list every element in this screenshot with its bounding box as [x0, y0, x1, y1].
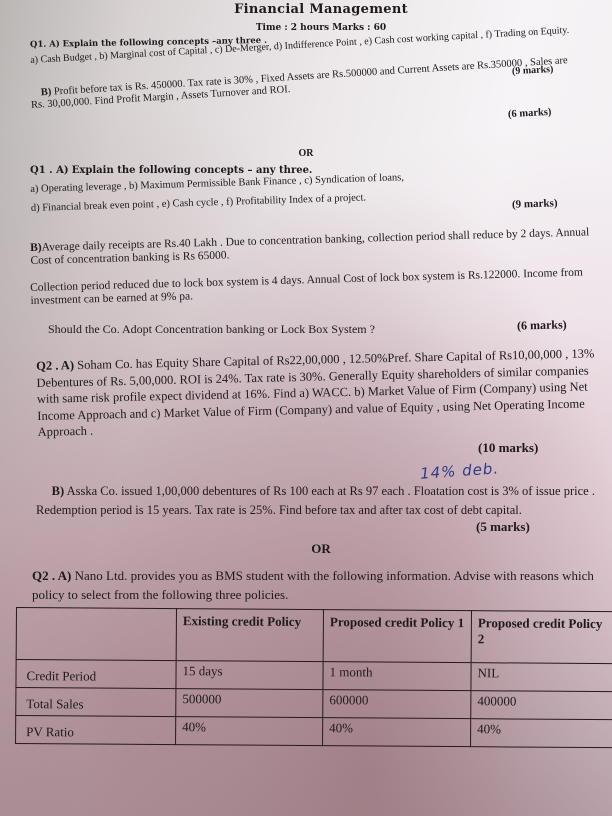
q1b-alt-question: Should the Co. Adopt Concentration banki… [48, 322, 592, 337]
table-cell: NIL [471, 663, 612, 692]
table-row: Total Sales 500000 600000 400000 [16, 688, 612, 720]
credit-policy-table: Existing credit Policy Proposed credit P… [15, 607, 612, 748]
q2a-marks: (10 marks) [478, 440, 538, 456]
q2b-body: Asska Co. issued 1,00,000 debentures of … [36, 484, 595, 517]
q2a-label: Q2 . A) [36, 358, 74, 373]
table-cell: 600000 [323, 690, 471, 719]
or-divider-1: OR [0, 148, 612, 159]
q2b-question: B) Asska Co. issued 1,00,000 debentures … [36, 482, 612, 520]
table-header-existing: Existing credit Policy [176, 609, 323, 662]
q1b-marks: (6 marks) [508, 107, 552, 120]
q2a-alt-question: Q2 . A) Nano Ltd. provides you as BMS st… [32, 566, 612, 604]
table-header-proposed-2: Proposed credit Policy 2 [471, 611, 612, 664]
q2a-question: Q2 . A) Soham Co. has Equity Share Capit… [36, 345, 608, 440]
table-cell: 40% [471, 719, 612, 748]
table-cell: 40% [176, 717, 323, 746]
q1a-alt-label: Q1 . A) [30, 165, 69, 176]
table-header-proposed-1: Proposed credit Policy 1 [323, 610, 471, 663]
q2a-alt-label: Q2 . A) [32, 568, 71, 583]
q1b-alt-label: B) [30, 242, 42, 254]
table-cell: 40% [323, 718, 471, 747]
row-label-pv-ratio: PV Ratio [16, 716, 176, 745]
q1b-alt-marks: (6 marks) [517, 317, 567, 333]
or-divider-2: OR [0, 541, 612, 557]
q2b-label: B) [52, 484, 65, 498]
row-label-credit-period: Credit Period [16, 660, 176, 689]
row-label-total-sales: Total Sales [16, 688, 176, 717]
table-row: Credit Period 15 days 1 month NIL [16, 660, 612, 692]
table-header-row: Existing credit Policy Proposed credit P… [16, 608, 612, 664]
paper-title: Financial Management [0, 2, 612, 17]
q2a-body: Soham Co. has Equity Share Capital of Rs… [36, 346, 594, 439]
table-cell: 400000 [471, 691, 612, 720]
table-header-blank [16, 608, 176, 661]
q2b-marks: (5 marks) [476, 519, 530, 535]
table-row: PV Ratio 40% 40% 40% [16, 716, 612, 748]
q1a-label: Q1. A) [30, 39, 60, 50]
q2a-alt-body: Nano Ltd. provides you as BMS student wi… [32, 568, 594, 602]
table-cell: 15 days [176, 661, 323, 690]
table-cell: 500000 [176, 689, 323, 718]
q1a-alt-marks: (9 marks) [512, 197, 558, 211]
table-cell: 1 month [323, 662, 471, 691]
q1b-label: B) [40, 87, 51, 99]
